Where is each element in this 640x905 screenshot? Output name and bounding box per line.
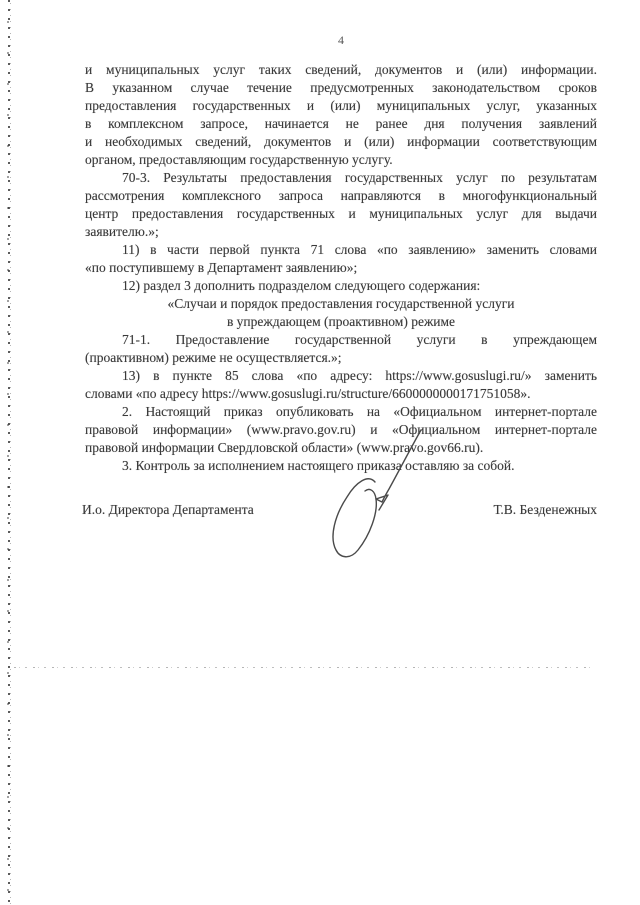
- text-line: «Случаи и порядок предоставления государ…: [85, 295, 597, 313]
- text-line: (проактивном) режиме не осуществляется.»…: [85, 349, 597, 367]
- document-body: и муниципальных услуг таких сведений, до…: [85, 61, 597, 475]
- text-line: органом, предоставляющим государственную…: [85, 151, 597, 169]
- scan-artifact-left-edge: [7, 0, 12, 905]
- text-line: словами «по адресу https://www.gosuslugi…: [85, 385, 597, 403]
- text-line: в комплексном запросе, начинается не ран…: [85, 115, 597, 133]
- text-line: 70-3. Результаты предоставления государс…: [85, 169, 597, 187]
- signature-block: И.о. Директора Департамента Т.В. Бездене…: [82, 502, 597, 518]
- document-page: 4 и муниципальных услуг таких сведений, …: [0, 0, 640, 905]
- paragraph: 12) раздел 3 дополнить подразделом следу…: [85, 277, 597, 295]
- page-number: 4: [85, 33, 597, 48]
- text-line: В указанном случае течение предусмотренн…: [85, 79, 597, 97]
- text-line: центр предоставления государственных и м…: [85, 205, 597, 223]
- text-line: заявителю.»;: [85, 223, 597, 241]
- handwritten-signature-icon: [320, 415, 480, 585]
- text-line: и необходимых сведений, документов и (ил…: [85, 133, 597, 151]
- text-line: 12) раздел 3 дополнить подразделом следу…: [85, 277, 597, 295]
- signer-name: Т.В. Безденежных: [494, 502, 597, 518]
- scan-fold-line: [14, 667, 592, 668]
- text-line: рассмотрения комплексного запроса направ…: [85, 187, 597, 205]
- text-line: «по поступившему в Департамент заявлению…: [85, 259, 597, 277]
- paragraph: 13) в пункте 85 слова «по адресу: https:…: [85, 367, 597, 403]
- text-line: 71-1. Предоставление государственной усл…: [85, 331, 597, 349]
- text-line: предоставления государственных и (или) м…: [85, 97, 597, 115]
- signer-title: И.о. Директора Департамента: [82, 502, 254, 518]
- text-line: и муниципальных услуг таких сведений, до…: [85, 61, 597, 79]
- text-line: 13) в пункте 85 слова «по адресу: https:…: [85, 367, 597, 385]
- text-line: 11) в части первой пункта 71 слова «по з…: [85, 241, 597, 259]
- paragraph: 70-3. Результаты предоставления государс…: [85, 169, 597, 241]
- paragraph: 71-1. Предоставление государственной усл…: [85, 331, 597, 367]
- text-line: в упреждающем (проактивном) режиме: [85, 313, 597, 331]
- paragraph: 11) в части первой пункта 71 слова «по з…: [85, 241, 597, 277]
- paragraph: и муниципальных услуг таких сведений, до…: [85, 61, 597, 169]
- paragraph: «Случаи и порядок предоставления государ…: [85, 295, 597, 331]
